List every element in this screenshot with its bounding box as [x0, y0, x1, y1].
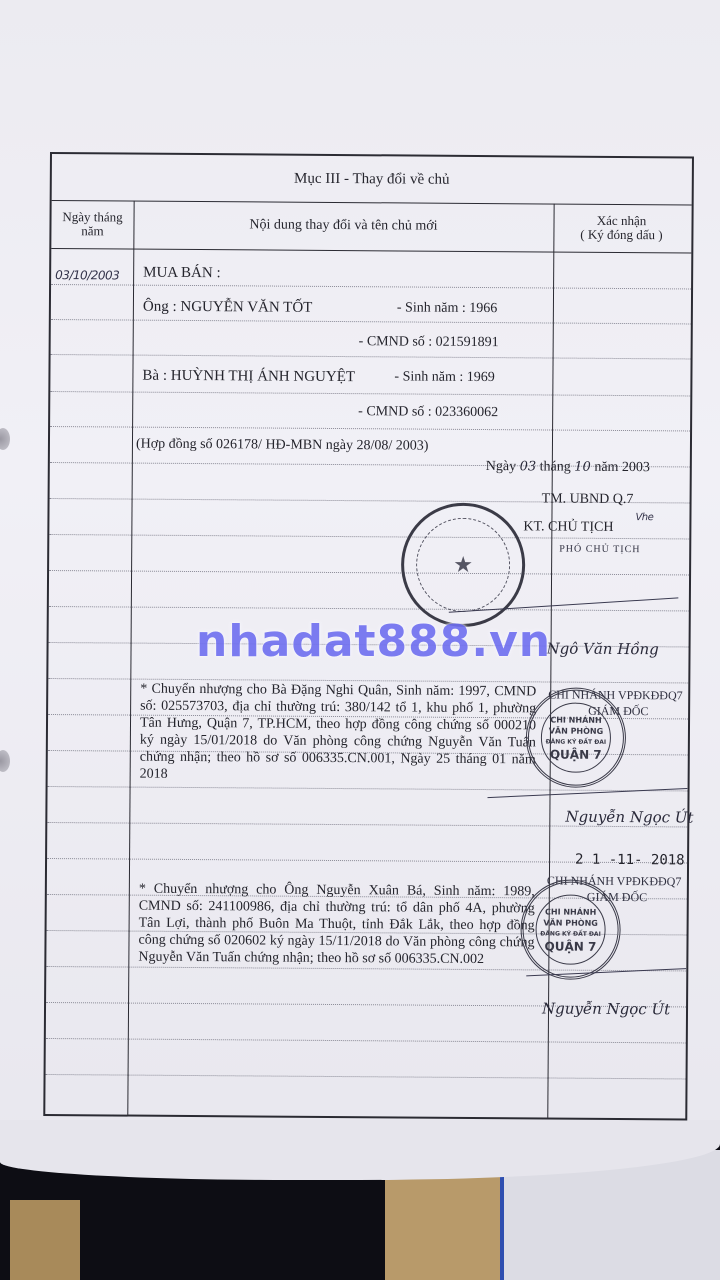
- ruled-line: [48, 786, 688, 791]
- header-content: Nội dung thay đổi và tên chủ mới: [133, 201, 553, 252]
- entry1-role: KT. CHỦ TỊCH: [523, 519, 613, 536]
- ruled-line: [51, 319, 691, 324]
- land-office-stamp: CHI NHÁNH VĂN PHÒNG ĐĂNG KÝ ĐẤT ĐAI QUẬN…: [526, 687, 627, 788]
- month-label: tháng: [540, 459, 571, 474]
- ruled-line: [46, 1038, 686, 1043]
- header-confirm-line2: ( Ký đóng dấu ): [580, 228, 662, 243]
- entry2-text: * Chuyển nhượng cho Bà Đặng Nghi Quân, S…: [140, 681, 537, 786]
- entry3-text: * Chuyển nhượng cho Ông Nguyễn Xuân Bá, …: [138, 881, 535, 969]
- ruled-line: [50, 391, 690, 396]
- stamp-line: ĐĂNG KÝ ĐẤT ĐAI: [540, 928, 601, 939]
- column-divider: [127, 201, 134, 1115]
- table-header: Ngày tháng năm Nội dung thay đổi và tên …: [51, 200, 691, 253]
- signed-year: năm 2003: [594, 460, 650, 475]
- land-office-stamp: CHI NHÁNH VĂN PHÒNG ĐĂNG KÝ ĐẤT ĐAI QUẬN…: [520, 879, 621, 980]
- entry1-owner1-name: Ông : NGUYỄN VĂN TỐT: [143, 299, 313, 317]
- stamp-line: VĂN PHÒNG: [549, 725, 604, 736]
- entry1-authority: TM. UBND Q.7: [542, 491, 634, 508]
- header-confirm: Xác nhận ( Ký đóng dấu ): [553, 204, 689, 253]
- date-prefix: Ngày: [486, 459, 516, 474]
- entry1-signer: Ngô Văn Hồng: [546, 639, 658, 658]
- entry1-date: 03/10/2003: [55, 268, 119, 282]
- ruled-line: [46, 1074, 686, 1079]
- entry1-owner2-id: - CMND số : 023360062: [358, 404, 498, 421]
- watermark: nhadat888.vn: [196, 616, 551, 667]
- entry3-signer: Nguyễn Ngọc Út: [542, 999, 670, 1018]
- entry1-owner2-birth: - Sinh năm : 1969: [394, 369, 494, 386]
- stamp-line: CHI NHÁNH: [545, 906, 596, 917]
- entry1-owner1-id: - CMND số : 021591891: [359, 334, 499, 351]
- ruled-line: [49, 570, 689, 575]
- star-emblem-icon: ★: [416, 518, 511, 613]
- stamp-line: VĂN PHÒNG: [543, 917, 598, 928]
- stamp-line: QUẬN 7: [550, 749, 602, 760]
- stamp-line: QUẬN 7: [545, 941, 597, 952]
- entry1-contract: (Hợp đồng số 026178/ HĐ-MBN ngày 28/08/ …: [136, 437, 429, 455]
- ruled-line: [51, 354, 691, 359]
- stamp-line: CHI NHÁNH: [550, 714, 601, 725]
- stamp-line: ĐĂNG KÝ ĐẤT ĐAI: [546, 736, 607, 747]
- entry3-date-stamp: 2 1 -11- 2018: [575, 852, 685, 869]
- ruled-line: [51, 284, 691, 289]
- ruled-line: [49, 606, 689, 611]
- signed-month: 10: [574, 460, 591, 475]
- desk-object: [10, 1200, 80, 1280]
- ruled-line: [50, 426, 690, 431]
- entry1-type: MUA BÁN :: [143, 265, 221, 283]
- entry1-owner1-birth: - Sinh năm : 1966: [397, 300, 497, 317]
- header-date: Ngày tháng năm: [51, 200, 133, 249]
- entry1-signed-date: Ngày 03 tháng 10 năm 2003: [486, 459, 650, 476]
- section-title: Mục III - Thay đổi về chủ: [52, 154, 692, 205]
- entry1-initials: Vhe: [635, 512, 653, 523]
- signed-day: 03: [520, 459, 537, 474]
- section-title-text: Mục III - Thay đổi về chủ: [294, 170, 450, 188]
- entry1-owner2-name: Bà : HUỲNH THỊ ÁNH NGUYỆT: [142, 368, 355, 386]
- entry1-sub-role: PHÓ CHỦ TỊCH: [559, 544, 640, 556]
- entry2-signer: Nguyễn Ngọc Út: [565, 808, 693, 827]
